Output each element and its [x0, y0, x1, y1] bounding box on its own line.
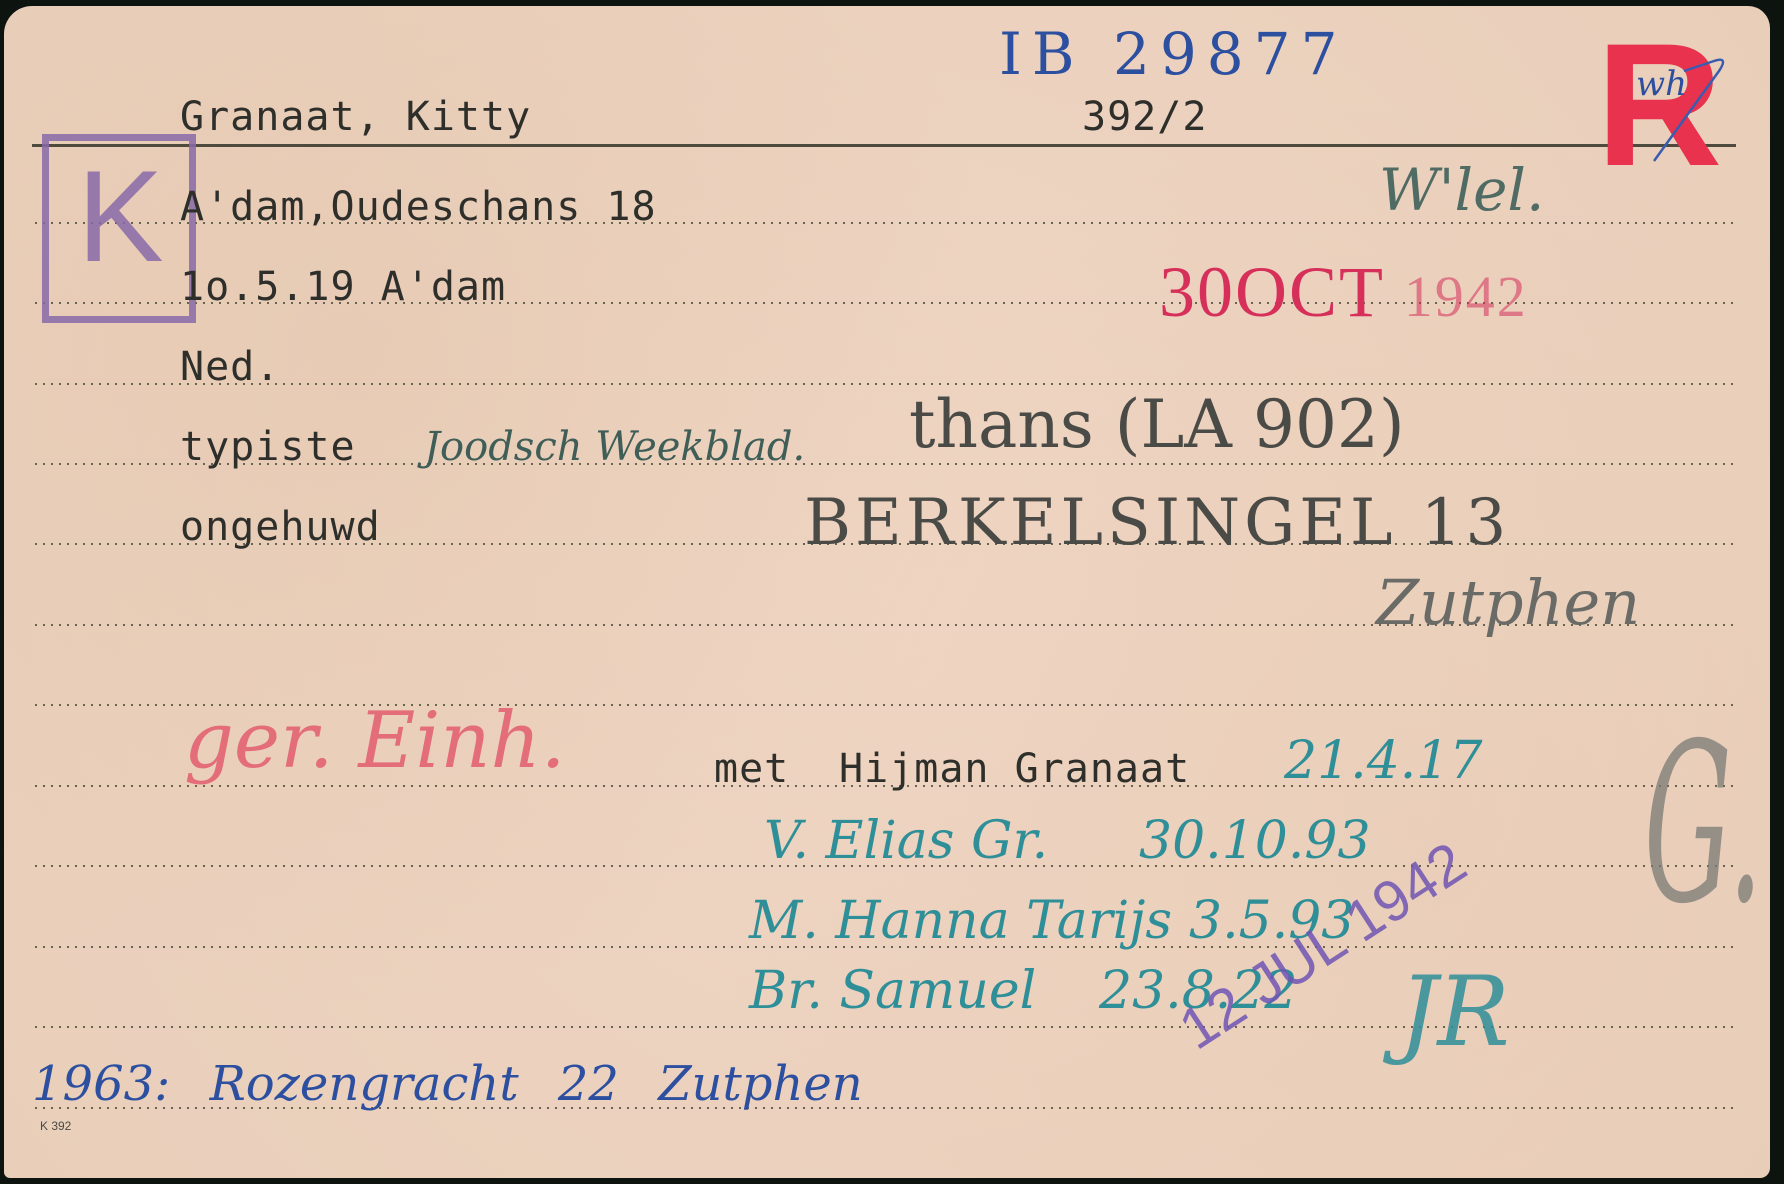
pencil-mark: G.	[1644, 696, 1763, 952]
later-address-note: 1963: Rozengracht 22 Zutphen	[32, 1056, 863, 1112]
archive-card: IB 29877 392/2 R wh K Granaat, Kitty A'd…	[4, 6, 1770, 1178]
form-code: K 392	[40, 1119, 71, 1133]
card-reference: 392/2	[1082, 94, 1207, 140]
header-rule	[32, 144, 1736, 147]
red-date-stamp: 30OCT 1942	[1159, 251, 1528, 334]
spouse-name: Hijman Granaat	[839, 746, 1190, 792]
employer-note: Joodsch Weekblad.	[424, 424, 805, 470]
archive-number: IB 29877	[999, 20, 1347, 88]
with-label: met	[714, 746, 789, 792]
category-stamp-letter: K	[77, 151, 164, 281]
marital-status: ongehuwd	[180, 504, 381, 550]
red-date-month: OCT	[1235, 252, 1384, 332]
new-address-note: BERKELSINGEL 13	[804, 486, 1510, 560]
address: A'dam,Oudeschans 18	[180, 184, 657, 230]
birth-date-place: 1o.5.19 A'dam	[180, 264, 506, 310]
spouse-birthdate: 21.4.17	[1284, 731, 1482, 791]
pencil-city-note: Zutphen	[1376, 566, 1640, 639]
top-right-note: W'lel.	[1379, 156, 1544, 224]
person-name: Granaat, Kitty	[180, 94, 531, 140]
pencil-note-current: thans (LA 902)	[909, 386, 1405, 463]
red-pencil-note: ger. Einh.	[184, 696, 566, 786]
category-stamp: K	[42, 134, 196, 323]
occupation: typiste	[180, 424, 356, 470]
nationality: Ned.	[180, 344, 280, 390]
red-date-day: 30	[1159, 252, 1235, 332]
checkmark-stroke-icon	[1644, 51, 1734, 171]
father-birthdate: 30.10.93	[1139, 811, 1371, 871]
father-note: V. Elias Gr.	[764, 811, 1048, 871]
signature-initials: JR	[1399, 956, 1510, 1068]
sibling-note: Br. Samuel	[749, 961, 1036, 1021]
red-date-year: 1942	[1404, 264, 1528, 329]
mother-note: M. Hanna Tarijs	[749, 891, 1172, 951]
dotted-rule	[32, 383, 1736, 385]
